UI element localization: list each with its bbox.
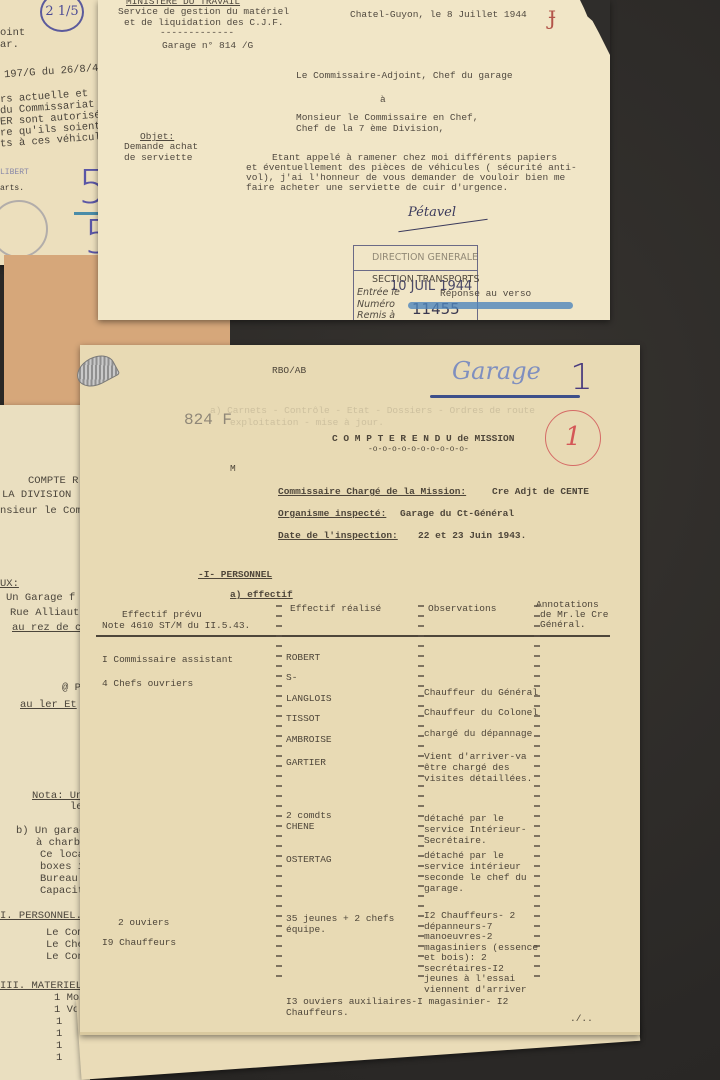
doc-text-line: Rue Alliaut	[10, 607, 79, 619]
column-separator	[276, 605, 282, 984]
doc-text-line: @ P	[62, 682, 81, 694]
row-prevu: 4 Chefs ouvriers	[102, 678, 193, 689]
recipient-line-1: Monsieur le Commissaire en Chef,	[296, 112, 478, 123]
row-realise: 35 jeunes + 2 chefs équipe.	[286, 913, 416, 935]
doc-text-line: UX:	[0, 578, 19, 590]
header-annotations-3: Général.	[540, 619, 586, 630]
doc-text-line: au rez de c	[12, 622, 81, 634]
place-date: Chatel-Guyon, le 8 Juillet 1944	[350, 9, 527, 20]
section-personnel: -I- PERSONNEL	[198, 569, 272, 580]
bleed-through-text: a) Carnets - Contrôle - Etat - Dossiers …	[210, 405, 535, 416]
doc-text-line: Capacit	[40, 885, 84, 897]
row-realise: GARTIER	[286, 757, 326, 768]
row-observation: Vient d'arriver-va être chargé des visit…	[424, 751, 542, 784]
stamp-remis-label: Remis à	[357, 310, 395, 321]
doc-text-line: à charbo	[36, 837, 86, 849]
file-number: 824 F	[184, 411, 232, 429]
to-line: à	[380, 94, 386, 105]
mission-report-document: a) Carnets - Contrôle - Etat - Dossiers …	[80, 345, 640, 1035]
row-realise: LANGLOIS	[286, 693, 332, 704]
back-document-lower-left: COMPTE R LA DIVISION nsieur le Com UX: U…	[0, 405, 90, 1080]
fraction-stamp-text: 2 1/5	[45, 4, 78, 19]
row-prevu: I Commissaire assistant	[102, 654, 233, 665]
handwritten-number: 1	[570, 357, 593, 398]
title-rule: -o-o-o-o-o-o-o-o-o-o-	[368, 445, 469, 454]
row-realise: AMBROISE	[286, 734, 332, 745]
reply-note: Réponse au verso	[440, 288, 531, 299]
doc-text-line: 1	[56, 1028, 62, 1040]
report-title: C O M P T E R E N D U de MISSION	[332, 433, 514, 444]
doc-text-line: 197/G du 26/8/4	[4, 63, 99, 82]
doc-text-line: III. MATERIEL	[0, 980, 82, 992]
doc-text-line: Un Garage f	[6, 592, 75, 604]
signature-name: LIBERT	[0, 168, 29, 177]
torn-corner	[560, 0, 610, 55]
doc-text-line: LA DIVISION	[2, 489, 71, 501]
row-observation: I2 Chauffeurs- 2 dépanneurs-7 manoeuvres…	[424, 911, 542, 995]
row-observation: Chauffeur du Général	[424, 687, 538, 698]
red-circle-text: 1	[565, 422, 582, 452]
stamp-rule	[354, 270, 477, 271]
row-realise: TISSOT	[286, 713, 320, 724]
body-line-4: faire acheter une serviette de cuir d'ur…	[246, 182, 508, 193]
blue-pencil-stroke	[408, 302, 573, 309]
handwritten-garage: Garage	[452, 357, 541, 385]
row-realise: I3 ouviers auxiliaires-I magasinier- I2 …	[286, 996, 556, 1018]
stamp-header: DIRECTION GENERALE	[372, 252, 478, 263]
letter-m: M	[230, 463, 236, 474]
row-realise: 2 comdts CHENE	[286, 810, 346, 832]
field-value-commissaire: Cre Adjt de CENTE	[492, 486, 589, 497]
garage-reference: Garage n° 814 /G	[162, 40, 253, 51]
row-realise: S-	[286, 672, 297, 683]
field-value-date: 22 et 23 Juin 1943.	[418, 530, 526, 541]
row-observation: détaché par le service Intérieur-Secréta…	[424, 813, 542, 846]
field-label-organisme: Organisme inspecté:	[278, 508, 386, 519]
object-line-1: Demande achat	[124, 141, 198, 152]
row-realise: ROBERT	[286, 652, 320, 663]
signature-title: arts.	[0, 184, 24, 193]
row-prevu: 2 ouviers	[118, 917, 169, 928]
doc-text-line: Bureau	[40, 873, 78, 885]
header-observations: Observations	[428, 603, 496, 614]
blue-underline	[430, 395, 580, 398]
subsection-effectif: a) effectif	[230, 589, 293, 600]
row-observation: chargé du dépannage	[424, 728, 532, 739]
doc-text-line: Le Con	[46, 951, 84, 963]
doc-text-line: I. PERSONNEL.	[0, 910, 82, 922]
row-prevu: I9 Chauffeurs	[102, 937, 176, 948]
continuation-mark: ./..	[570, 1013, 593, 1024]
recipient-line-2: Chef de la 7 ème Division,	[296, 123, 444, 134]
doc-text-line: COMPTE R	[28, 475, 78, 487]
paper-clip	[72, 349, 120, 393]
row-observation: détaché par le service intérieur seconde…	[424, 850, 542, 894]
red-pencil-mark: Ɉ	[548, 6, 556, 30]
doc-text-line: 1	[56, 1016, 62, 1028]
row-observation: Chauffeur du Colonel	[424, 707, 538, 718]
red-circled-number: 1	[545, 410, 601, 466]
doc-text-line: Le Com	[46, 927, 84, 939]
service-line-1: Service de gestion du matériel	[118, 6, 289, 17]
field-label-commissaire: Commissaire Chargé de la Mission:	[278, 486, 466, 497]
fraction-stamp: 2 1/5	[40, 0, 84, 32]
object-line-2: de serviette	[124, 152, 192, 163]
doc-text-line: Ce loca	[40, 849, 84, 861]
stamp-number-label: Numéro	[357, 299, 395, 310]
doc-text-line: 1	[56, 1040, 62, 1052]
header-prevu: Effectif prévu	[122, 609, 202, 620]
field-value-organisme: Garage du Ct-Général	[400, 508, 514, 519]
header-realise: Effectif réalisé	[290, 603, 381, 614]
doc-text-line: ar.	[0, 39, 19, 51]
field-label-date: Date de l'inspection:	[278, 530, 398, 541]
report-reference: RBO/AB	[272, 365, 306, 376]
doc-text-line: nsieur le Com	[0, 505, 82, 517]
bleed-through-text: exploitation - mise à jour.	[230, 417, 384, 428]
doc-text-line: 1	[56, 1052, 62, 1064]
doc-text-line: oint	[0, 27, 25, 39]
doc-text-line: b) Un garag	[16, 825, 85, 837]
table-header-rule	[96, 635, 610, 637]
row-realise: OSTERTAG	[286, 854, 332, 865]
header-rule: -------------	[160, 27, 234, 38]
doc-text-line: au ler Et	[20, 699, 77, 711]
sender-line: Le Commissaire-Adjoint, Chef du garage	[296, 70, 513, 81]
signature: Pétavel	[408, 205, 456, 220]
doc-text-line: Le Che	[46, 939, 84, 951]
back-document-top-left: oint ar. 197/G du 26/8/4 rs actuelle et …	[0, 0, 108, 265]
round-ink-stamp	[0, 200, 48, 258]
header-prevu-note: Note 4610 ST/M du II.5.43.	[102, 620, 250, 631]
letter-document: MINISTERE DU TRAVAIL Service de gestion …	[98, 0, 610, 320]
signature-flourish	[398, 219, 487, 233]
doc-text-line: boxes i	[40, 861, 84, 873]
